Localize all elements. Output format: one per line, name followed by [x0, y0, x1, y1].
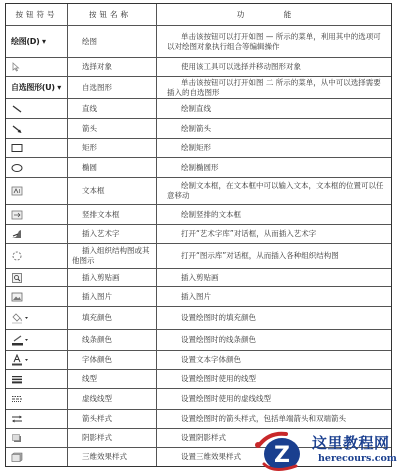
picture-icon	[11, 292, 23, 302]
button-name: 字体颜色	[68, 351, 157, 369]
button-function: 单击该按钮可以打开如图 二 所示的菜单，从中可以选择需要插入的自选图形	[167, 78, 387, 98]
button-name: 插入剪贴画	[68, 269, 157, 286]
button-name: 插入图片	[68, 287, 157, 306]
button-function: 绘制直线	[167, 104, 211, 114]
button-name: 文本框	[68, 178, 157, 204]
table-row: 插入艺术字 打开“艺术字库”对话框，从而插入艺术字	[6, 224, 391, 243]
button-function: 设置绘图时的箭头样式，包括单端箭头和双端箭头	[167, 414, 346, 424]
svg-text:Z: Z	[274, 443, 290, 468]
header-name: 按钮名称	[68, 4, 157, 25]
button-name: 箭头	[68, 119, 157, 138]
button-function: 单击该按钮可以打开如图 — 所示的菜单，利用其中的选项可以对绘图对象执行组合等编…	[167, 32, 387, 52]
button-name: 三维效果样式	[68, 448, 157, 466]
table-header: 按钮符号 按钮名称 功 能	[6, 4, 391, 25]
button-name: 矩形	[68, 139, 157, 157]
table-row: 椭圆 绘制椭圆形	[6, 157, 391, 177]
button-name: 椭圆	[68, 158, 157, 177]
button-function: 插入剪贴画	[167, 273, 219, 283]
button-name: 选择对象	[68, 58, 157, 76]
arrow-icon	[11, 124, 23, 134]
button-function: 设置绘图时使用的虚线线型	[167, 394, 271, 404]
line-icon	[11, 104, 23, 114]
button-function: 使用该工具可以选择并移动图形对象	[167, 62, 301, 72]
button-name: 自选图形	[68, 77, 157, 98]
button-function: 绘制箭头	[167, 124, 211, 134]
button-function: 设置绘图时的填充颜色	[167, 313, 256, 323]
button-name: 线型	[68, 370, 157, 388]
textbox-icon	[11, 186, 23, 196]
button-function: 绘制文本框，在文本框中可以输入文本，文本框的位置可以任意移动	[167, 181, 387, 201]
button-function: 绘制矩形	[167, 143, 211, 153]
draw-menu-icon: 绘图(D) ▾	[6, 26, 68, 57]
button-function: 绘制椭圆形	[167, 163, 219, 173]
toolbar-buttons-table: 按钮符号 按钮名称 功 能 绘图(D) ▾ 绘图 单击该按钮可以打开如图 — 所…	[5, 3, 392, 467]
button-name: 填充颜色	[68, 307, 157, 329]
watermark-logo: Z 这里教程网 herecours.com	[252, 430, 400, 473]
button-function: 打开“艺术字库”对话框，从而插入艺术字	[167, 229, 316, 239]
button-name: 直线	[68, 99, 157, 118]
table-row: 文本框 绘制文本框，在文本框中可以输入文本，文本框的位置可以任意移动	[6, 177, 391, 204]
z-logo-icon: Z	[252, 430, 308, 473]
button-name: 插入艺术字	[68, 225, 157, 243]
button-function: 设置绘图时的线条颜色	[167, 335, 256, 345]
table-row: 自选图形(U) ▾ 自选图形 单击该按钮可以打开如图 二 所示的菜单，从中可以选…	[6, 76, 391, 98]
table-row: 选择对象 使用该工具可以选择并移动图形对象	[6, 57, 391, 76]
button-name: 阴影样式	[68, 429, 157, 447]
button-name: 插入组织结构图或其他图示	[72, 246, 152, 266]
table-row: 线条颜色 设置绘图时的线条颜色	[6, 329, 391, 350]
button-function: 设置绘图时使用的线型	[167, 374, 256, 384]
table-row: 绘图(D) ▾ 绘图 单击该按钮可以打开如图 — 所示的菜单，利用其中的选项可以…	[6, 25, 391, 57]
button-function: 绘制竖排的文本框	[167, 210, 241, 220]
header-symbol: 按钮符号	[6, 4, 68, 25]
table-row: 直线 绘制直线	[6, 98, 391, 118]
arrow-style-icon	[11, 414, 23, 424]
autoshapes-menu-icon: 自选图形(U) ▾	[6, 77, 68, 98]
table-row: 插入组织结构图或其他图示 打开“图示库”对话框，从而插入各种组织结构图	[6, 243, 391, 268]
shadow-style-icon	[11, 433, 23, 443]
3d-style-icon	[11, 452, 23, 462]
vertical-textbox-icon	[11, 210, 23, 220]
rectangle-icon	[11, 143, 23, 153]
button-name: 绘图	[68, 26, 157, 57]
table-row: 线型 设置绘图时使用的线型	[6, 369, 391, 388]
button-name: 虚线线型	[68, 389, 157, 409]
button-name: 线条颜色	[68, 330, 157, 350]
button-function: 设置三维效果样式	[167, 452, 241, 462]
table-row: 箭头样式 设置绘图时的箭头样式，包括单端箭头和双端箭头	[6, 409, 391, 428]
button-function: 设置文本字体颜色	[167, 355, 241, 365]
ellipse-icon	[11, 163, 23, 173]
table-row: 插入图片 插入图片	[6, 286, 391, 306]
font-color-icon	[11, 354, 31, 366]
watermark-title: 这里教程网	[312, 432, 390, 453]
button-function: 打开“图示库”对话框，从而插入各种组织结构图	[167, 251, 339, 261]
header-function: 功 能	[157, 4, 391, 25]
dash-style-icon	[11, 394, 23, 404]
select-pointer-icon	[11, 62, 21, 72]
button-function: 插入图片	[167, 292, 211, 302]
wordart-icon	[11, 229, 23, 239]
button-name: 竖排文本框	[68, 205, 157, 224]
table-row: 竖排文本框 绘制竖排的文本框	[6, 204, 391, 224]
button-name: 箭头样式	[68, 410, 157, 428]
line-color-icon	[11, 334, 31, 346]
table-row: 填充颜色 设置绘图时的填充颜色	[6, 306, 391, 329]
button-function: 设置阴影样式	[167, 433, 226, 443]
fill-color-icon	[11, 312, 31, 324]
table-row: 矩形 绘制矩形	[6, 138, 391, 157]
table-row: 字体颜色 设置文本字体颜色	[6, 350, 391, 369]
clipart-icon	[11, 273, 23, 283]
line-style-icon	[11, 374, 23, 384]
diagram-icon	[11, 250, 23, 262]
watermark-url: herecours.com	[318, 453, 397, 464]
table-row: 箭头 绘制箭头	[6, 118, 391, 138]
table-row: 虚线线型 设置绘图时使用的虚线线型	[6, 388, 391, 409]
table-row: 插入剪贴画 插入剪贴画	[6, 268, 391, 286]
